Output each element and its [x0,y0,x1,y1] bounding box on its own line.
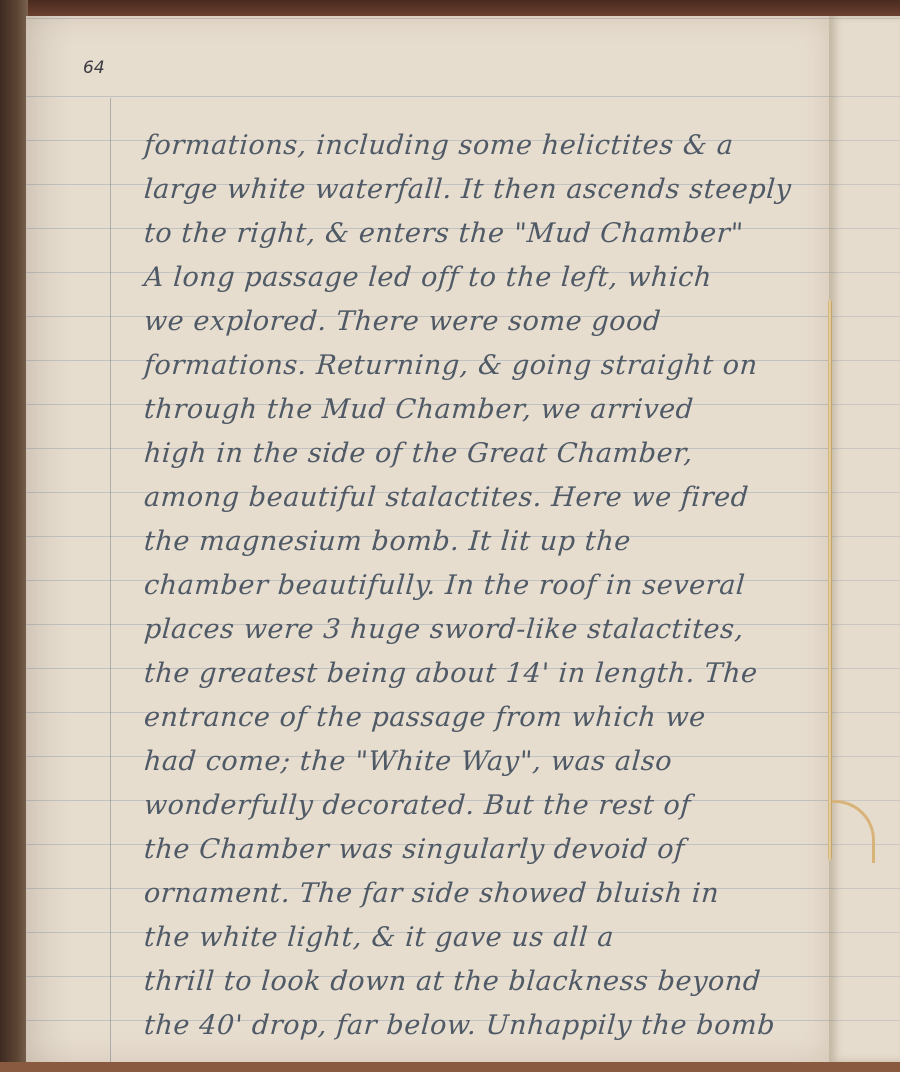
text-line: to the right, & enters the "Mud Chamber" [142,212,865,256]
text-line: ornament. The far side showed bluish in [142,872,865,916]
text-line: high in the side of the Great Chamber, [142,432,865,476]
text-line: the magnesium bomb. It lit up the [142,520,865,564]
text-line: places were 3 huge sword-like stalactite… [142,608,865,652]
text-line: among beautiful stalactites. Here we fir… [142,476,865,520]
notebook-cover-top [0,0,900,16]
text-line: formations. Returning, & going straight … [142,344,865,388]
text-line: large white waterfall. It then ascends s… [142,168,865,212]
binding-thread [828,300,832,860]
page-number: 64 [83,58,105,78]
text-line: the greatest being about 14' in length. … [142,652,865,696]
notebook-cover-spine [0,0,28,1072]
notebook-cover-bottom [0,1062,900,1072]
text-line: formations, including some helictites & … [142,124,865,168]
text-line: through the Mud Chamber, we arrived [142,388,865,432]
notebook-page: 64 formations, including some helictites… [26,16,829,1062]
margin-rule [110,98,111,1062]
handwritten-text: formations, including some helictites & … [144,124,864,1048]
text-line: thrill to look down at the blackness bey… [142,960,865,1004]
text-line: entrance of the passage from which we [142,696,865,740]
text-line: had come; the "White Way", was also [142,740,865,784]
text-line: wonderfully decorated. But the rest of [142,784,865,828]
facing-page-edge [829,16,900,1062]
text-line: A long passage led off to the left, whic… [142,256,865,300]
text-line: chamber beautifully. In the roof in seve… [142,564,865,608]
text-line: the white light, & it gave us all a [142,916,865,960]
text-line: the Chamber was singularly devoid of [142,828,865,872]
text-line: the 40' drop, far below. Unhappily the b… [142,1004,865,1048]
text-line: we explored. There were some good [142,300,865,344]
